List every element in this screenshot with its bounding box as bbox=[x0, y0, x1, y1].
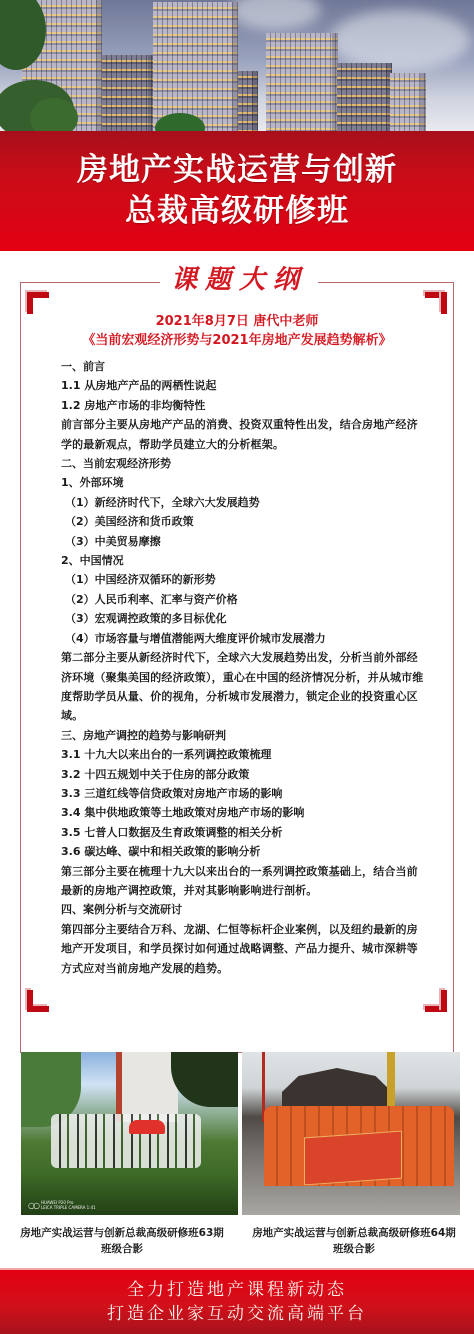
outline-item: （3）宏观调控政策的多目标优化 bbox=[61, 609, 425, 628]
outline-item: （1）中国经济双循环的新形势 bbox=[61, 570, 425, 589]
outline-section-heading: 一、前言 bbox=[61, 357, 425, 376]
outline-item: （1）新经济时代下，全球六大发展趋势 bbox=[61, 493, 425, 512]
banner-title-line-1: 房地产实战运营与创新 bbox=[77, 150, 397, 191]
outline-subheading: 2、中国情况 bbox=[61, 551, 425, 570]
frame-top-line-left bbox=[20, 282, 160, 283]
outline-summary: 第四部分主要结合万科、龙湖、仁恒等标杆企业案例，以及纽约最新的房地产开发项目，和… bbox=[61, 920, 425, 978]
banner-title-line-2: 总裁高级研修班 bbox=[125, 191, 349, 232]
photo-sign-post bbox=[387, 1052, 395, 1110]
outline-item: 3.1 十九大以来出台的一系列调控政策梳理 bbox=[61, 745, 425, 764]
caption-line-1: 房地产实战运营与创新总裁高级研修班63期 bbox=[6, 1225, 238, 1241]
outline-section-heading: 四、案例分析与交流研讨 bbox=[61, 900, 425, 919]
building bbox=[238, 71, 258, 131]
photo-tree bbox=[171, 1052, 238, 1107]
outline-item: 3.4 集中供地政策等土地政策对房地产市场的影响 bbox=[61, 803, 425, 822]
outline-summary: 第二部分主要从新经济时代下，全球六大发展趋势出发，分析当前外部经济环境（聚集美国… bbox=[61, 648, 425, 726]
outline-item: 3.2 十四五规划中关于住房的部分政策 bbox=[61, 765, 425, 784]
building bbox=[337, 63, 392, 131]
outline-summary: 第三部分主要在梳理十九大以来出台的一系列调控政策基础上，结合当前最新的房地产调控… bbox=[61, 862, 425, 901]
lecture-date-teacher: 2021年8月7日 唐代中老师 bbox=[20, 313, 454, 331]
outline-item: 1.2 房地产市场的非均衡特性 bbox=[61, 396, 425, 415]
corner-bracket-top-right-icon bbox=[425, 292, 447, 314]
outline-section-heading: 三、房地产调控的趋势与影响研判 bbox=[61, 726, 425, 745]
photo-caption-64: 房地产实战运营与创新总裁高级研修班64期 班级合影 bbox=[238, 1225, 470, 1257]
outline-item: （2）美国经济和货币政策 bbox=[61, 512, 425, 531]
photo-pavilion-roof bbox=[282, 1068, 392, 1108]
outline-item: 3.5 七普人口数据及生育政策调整的相关分析 bbox=[61, 823, 425, 842]
watermark-line-2: LEICA TRIPLE CAMERA 1:41 bbox=[41, 1205, 96, 1210]
slogan-line-2: 打造企业家互动交流高端平台 bbox=[107, 1302, 367, 1326]
building bbox=[266, 33, 338, 131]
camera-rings-icon: ○○ bbox=[28, 1203, 38, 1208]
title-banner: 房地产实战运营与创新 总裁高级研修班 bbox=[0, 131, 474, 251]
class-63-group-photo: ○○ HUAWEI P20 Pro LEICA TRIPLE CAMERA 1:… bbox=[21, 1052, 238, 1215]
caption-line-2: 班级合影 bbox=[6, 1241, 238, 1257]
outline-subheading: 1、外部环境 bbox=[61, 473, 425, 492]
corner-bracket-bottom-left-icon bbox=[27, 990, 49, 1012]
class-64-group-photo bbox=[242, 1052, 460, 1215]
corner-bracket-bottom-right-icon bbox=[425, 990, 447, 1012]
corner-bracket-top-left-icon bbox=[27, 292, 49, 314]
section-heading: 课题大纲 bbox=[160, 262, 318, 298]
outline-summary: 前言部分主要从房地产产品的消费、投资双重特性出发，结合房地产经济学的最新观点，帮… bbox=[61, 415, 425, 454]
cloud-shape bbox=[230, 0, 320, 30]
camera-watermark: ○○ HUAWEI P20 Pro LEICA TRIPLE CAMERA 1:… bbox=[28, 1200, 96, 1210]
caption-line-1: 房地产实战运营与创新总裁高级研修班64期 bbox=[238, 1225, 470, 1241]
tree bbox=[30, 98, 78, 131]
outline-item: （2）人民币利率、汇率与资产价格 bbox=[61, 590, 425, 609]
frame-top-line-right bbox=[318, 282, 454, 283]
photo-red-banner bbox=[304, 1131, 402, 1186]
photo-red-banner bbox=[129, 1120, 165, 1134]
photo-caption-63: 房地产实战运营与创新总裁高级研修班63期 班级合影 bbox=[6, 1225, 238, 1257]
building bbox=[153, 2, 238, 131]
lecture-title: 《当前宏观经济形势与2021年房地产发展趋势解析》 bbox=[20, 332, 454, 350]
building bbox=[102, 55, 154, 131]
building bbox=[390, 73, 426, 131]
cloud-shape bbox=[330, 10, 470, 70]
hero-skyline-image bbox=[0, 0, 474, 131]
photo-building bbox=[116, 1052, 178, 1122]
footer-slogan-banner: 全力打造地产课程新动态 打造企业家互动交流高端平台 bbox=[0, 1268, 474, 1334]
outline-item: （4）市场容量与增值潜能两大维度评价城市发展潜力 bbox=[61, 629, 425, 648]
outline-section-heading: 二、当前宏观经济形势 bbox=[61, 454, 425, 473]
outline-item: 1.1 从房地产产品的两栖性说起 bbox=[61, 376, 425, 395]
outline-item: 3.3 三道红线等信贷政策对房地产市场的影响 bbox=[61, 784, 425, 803]
photo-people-group bbox=[51, 1114, 201, 1168]
slogan-line-1: 全力打造地产课程新动态 bbox=[127, 1278, 347, 1302]
outline-item: 3.6 碳达峰、碳中和相关政策的影响分析 bbox=[61, 842, 425, 861]
caption-line-2: 班级合影 bbox=[238, 1241, 470, 1257]
outline-body: 一、前言 1.1 从房地产产品的两栖性说起 1.2 房地产市场的非均衡特性 前言… bbox=[61, 357, 425, 978]
outline-item: （3）中美贸易摩擦 bbox=[61, 532, 425, 551]
